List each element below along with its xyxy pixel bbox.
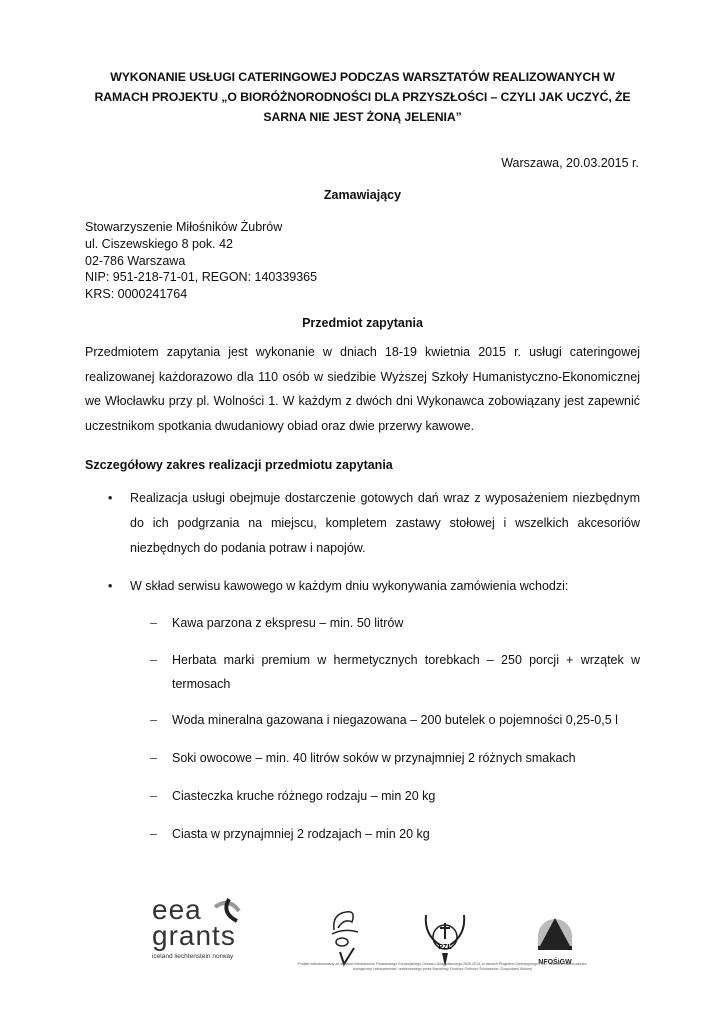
dash-icon: – [150, 648, 157, 672]
coffee-item: – Kawa parzona z ekspresu – min. 50 litr… [150, 611, 640, 635]
coffee-item: – Ciasta w przynajmniej 2 rodzajach – mi… [150, 822, 640, 846]
eea-arc-icon [207, 897, 247, 929]
nfosigw-emblem-icon [530, 906, 580, 954]
ordering-party-address: Stowarzyszenie Miłośników Żubrów ul. Cis… [85, 219, 317, 303]
coffee-item: – Soki owocowe – min. 40 litrów soków w … [150, 746, 640, 770]
ordering-party-heading: Zamawiający [85, 188, 640, 202]
list-item: • Realizacja usługi obejmuje dostarczeni… [108, 486, 640, 561]
coffee-item-text: Soki owocowe – min. 40 litrów soków w pr… [172, 746, 640, 770]
coffee-item: – Woda mineralna gazowana i niegazowana … [150, 708, 640, 732]
bullet-icon: • [108, 486, 112, 511]
coffee-item-text: Woda mineralna gazowana i niegazowana – … [172, 708, 640, 732]
subject-heading: Przedmiot zapytania [85, 316, 640, 330]
coffee-item: – Herbata marki premium w hermetycznych … [150, 648, 640, 696]
subject-paragraph: Przedmiotem zapytania jest wykonanie w d… [85, 340, 640, 438]
dash-icon: – [150, 784, 157, 808]
eea-grants-logo: eea grants iceland liechtenstein norway [152, 897, 252, 977]
address-line: 02-786 Warszawa [85, 253, 317, 270]
document-title: WYKONANIE USŁUGI CATERINGOWEJ PODCZAS WA… [90, 67, 635, 127]
list-item-text: Realizacja usługi obejmuje dostarczenie … [130, 486, 640, 561]
scope-heading: Szczegółowy zakres realizacji przedmiotu… [85, 458, 393, 472]
dash-icon: – [150, 822, 157, 846]
place-date: Warszawa, 20.03.2015 r. [501, 156, 639, 170]
dash-icon: – [150, 611, 157, 635]
bison-association-logo [326, 908, 366, 968]
list-item-text: W skład serwisu kawowego w każdym dniu w… [130, 574, 640, 599]
nfosigw-logo: NFOŚiGW [530, 906, 580, 966]
address-line: NIP: 951-218-71-01, REGON: 140339365 [85, 269, 317, 286]
address-line: ul. Ciszewskiego 8 pok. 42 [85, 236, 317, 253]
svg-text:PZŁ: PZŁ [438, 944, 452, 951]
bullet-icon: • [108, 574, 112, 599]
list-item: • W skład serwisu kawowego w każdym dniu… [108, 574, 640, 599]
coffee-item-text: Ciasta w przynajmniej 2 rodzajach – min … [172, 822, 640, 846]
coffee-item-text: Kawa parzona z ekspresu – min. 50 litrów [172, 611, 640, 635]
funding-fine-print: Projekt dofinansowany ze środków Mechani… [295, 962, 590, 972]
address-line: KRS: 0000241764 [85, 286, 317, 303]
coffee-item-text: Ciasteczka kruche różnego rodzaju – min … [172, 784, 640, 808]
eea-logo-subtitle: iceland liechtenstein norway [152, 953, 252, 960]
dash-icon: – [150, 708, 157, 732]
dash-icon: – [150, 746, 157, 770]
coffee-item: – Ciasteczka kruche różnego rodzaju – mi… [150, 784, 640, 808]
address-line: Stowarzyszenie Miłośników Żubrów [85, 219, 317, 236]
coffee-item-text: Herbata marki premium w hermetycznych to… [172, 648, 640, 696]
